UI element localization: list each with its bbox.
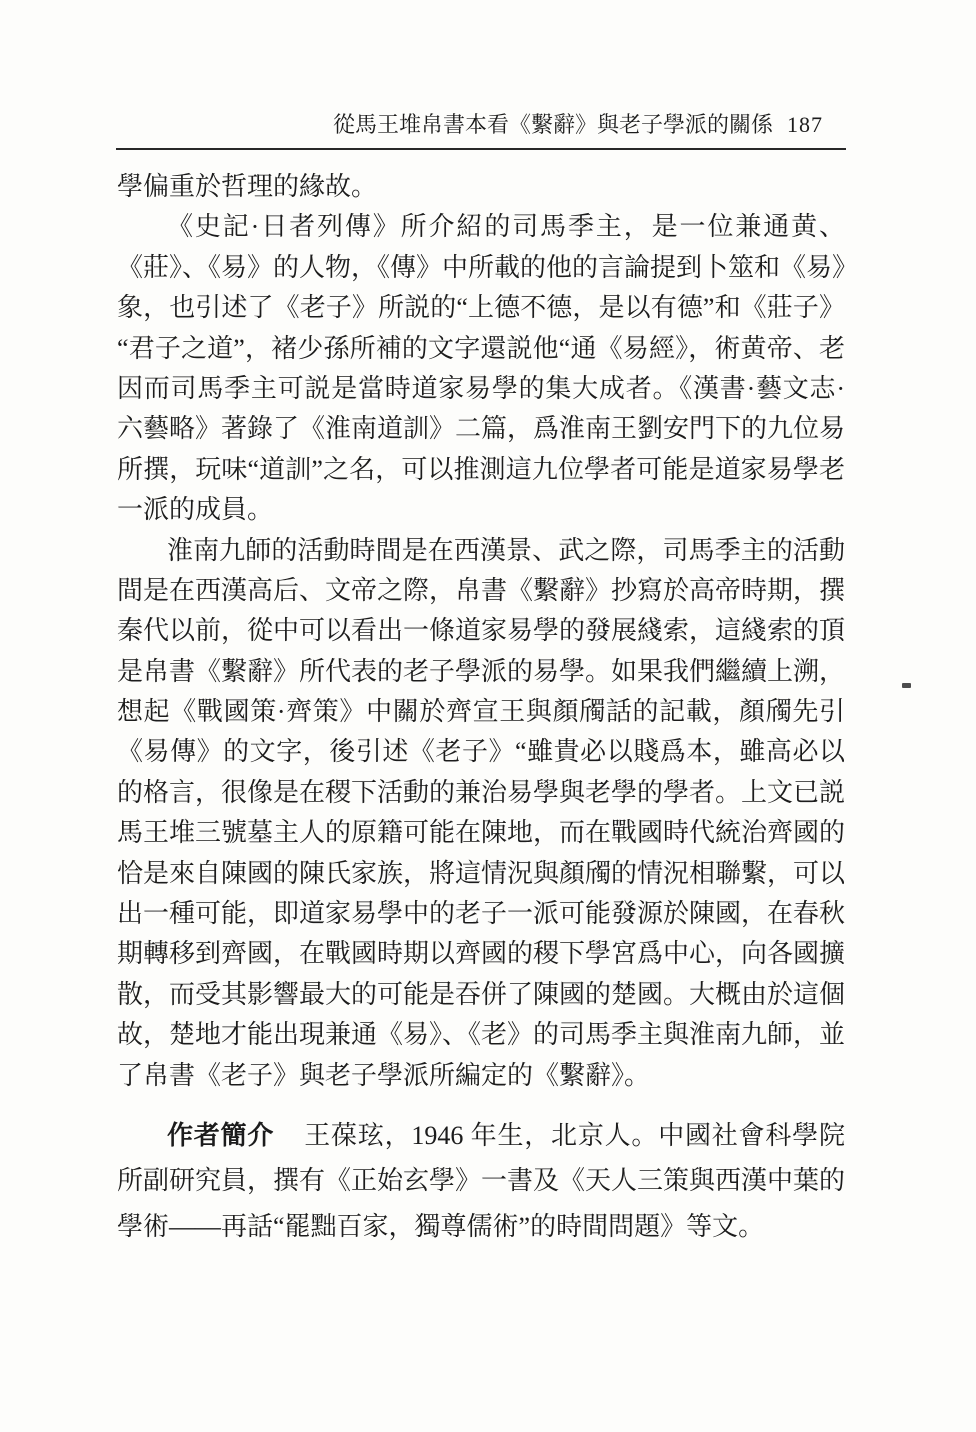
text-line: “君子之道”，褚少孫所補的文字還説他“通《易經》，術黄帝、老子”，	[117, 329, 845, 369]
running-header: 從馬王堆帛書本看《繫辭》與老子學派的關係187	[117, 110, 845, 140]
text-line: 是帛書《繫辭》所代表的老子學派的易學。如果我們繼續上溯，便會	[117, 652, 845, 692]
text-line: 《史記·日者列傳》所介紹的司馬季主，是一位兼通黄、老、	[117, 207, 845, 247]
page-body-text: 學偏重於哲理的緣故。 《史記·日者列傳》所介紹的司馬季主，是一位兼通黄、老、 《…	[117, 167, 845, 1096]
author-bio-line: 作者簡介王葆玹，1946 年生，北京人。中國社會科學院哲學	[117, 1112, 845, 1158]
text-line: 出一種可能，即道家易學中的老子一派可能發源於陳國，在春秋晚	[117, 894, 845, 934]
author-bio-label: 作者簡介	[167, 1120, 274, 1150]
scan-artifact-mark	[902, 683, 911, 688]
text-line: 因而司馬季主可説是當時道家易學的集大成者。《漢書·藝文志·	[117, 369, 845, 409]
text-line: 六藝略》著錄了《淮南道訓》二篇，爲淮南王劉安門下的九位易學家	[117, 409, 845, 449]
scanned-book-page: 從馬王堆帛書本看《繫辭》與老子學派的關係187 學偏重於哲理的緣故。 《史記·日…	[0, 0, 976, 1432]
text-line: 想起《戰國策·齊策》中關於齊宣王與顏斶話的記載，顏斶先引述	[117, 692, 845, 732]
author-bio-line: 學術——再話“罷黜百家，獨尊儒術”的時間問題》等文。	[117, 1204, 845, 1250]
text-line: 《易傳》的文字，後引述《老子》“雖貴必以賤爲本，雖高必以下爲基”	[117, 732, 845, 772]
text-line: 了帛書《老子》與老子學派所編定的《繫辭》。	[117, 1056, 845, 1096]
author-bio-line: 所副研究員，撰有《正始玄學》一書及《天人三策與西漢中葉的官方	[117, 1158, 845, 1204]
text-line: 間是在西漢高后、文帝之際，帛書《繫辭》抄寫於高帝時期，撰作於	[117, 571, 845, 611]
text-line: 所撰，玩味“道訓”之名，可以推測這九位學者可能是道家易學老子	[117, 450, 845, 490]
running-header-title: 從馬王堆帛書本看《繫辭》與老子學派的關係	[333, 112, 773, 137]
text-line: 一派的成員。	[117, 490, 845, 530]
author-bio: 作者簡介王葆玹，1946 年生，北京人。中國社會科學院哲學 所副研究員，撰有《正…	[117, 1112, 845, 1250]
text-line: 散，而受其影響最大的可能是吞併了陳國的楚國。大概由於這個緣	[117, 975, 845, 1015]
text-line: 象，也引述了《老子》所説的“上德不德，是以有德”和《莊子》所説的	[117, 288, 845, 328]
text-line: 的格言，很像是在稷下活動的兼治易學與老學的學者。上文已説明	[117, 773, 845, 813]
text-line: 學偏重於哲理的緣故。	[117, 167, 845, 207]
text-line: 期轉移到齊國，在戰國時期以齊國的稷下學宮爲中心，向各國擴	[117, 934, 845, 974]
text-line: 故，楚地才能出現兼通《易》、《老》的司馬季主與淮南九師，並出土	[117, 1015, 845, 1055]
text-line: 馬王堆三號墓主人的原籍可能在陳地，而在戰國時代統治齊國的	[117, 813, 845, 853]
text-line: 淮南九師的活動時間是在西漢景、武之際，司馬季主的活動時	[117, 531, 845, 571]
text-line: 秦代以前，從中可以看出一條道家易學的發展綫索，這綫索的頂端	[117, 611, 845, 651]
header-rule	[116, 148, 846, 150]
text-line: 《莊》、《易》的人物，《傳》中所載的他的言論提到卜筮和《易》中的法	[117, 248, 845, 288]
page-number: 187	[787, 112, 823, 137]
text-line: 恰是來自陳國的陳氏家族，將這情況與顏斶的情況相聯繫，可以看	[117, 854, 845, 894]
